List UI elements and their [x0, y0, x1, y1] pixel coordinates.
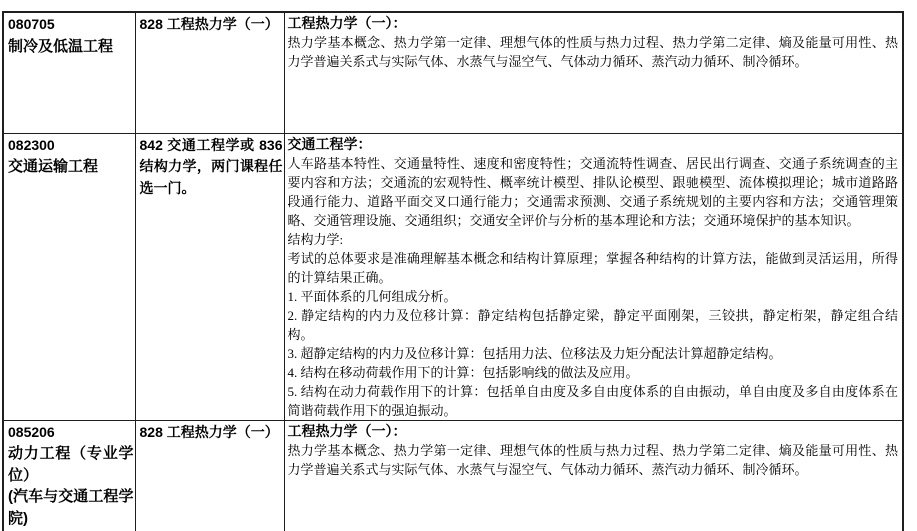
- program-name: 交通运输工程: [8, 156, 134, 178]
- syllabus-table: 080705 制冷及低温工程 828 工程热力学（一） 工程热力学（一）： 热力…: [2, 11, 904, 531]
- content-heading: 工程热力学（一）：: [288, 14, 899, 33]
- content-paragraph: 人车路基本特性、交通量特性、速度和密度特性；交通流特性调查、居民出行调查、交通子…: [288, 154, 899, 230]
- subject-text: 842 交通工程学或 836 结构力学，两门课程任选一门。: [140, 135, 283, 200]
- subject-text: 828 工程热力学（一）: [140, 14, 283, 36]
- program-cell: 080705 制冷及低温工程: [3, 12, 135, 133]
- table-row: 080705 制冷及低温工程 828 工程热力学（一） 工程热力学（一）： 热力…: [3, 12, 903, 133]
- content-cell: 工程热力学（一）： 热力学基本概念、热力学第一定律、理想气体的性质与热力过程、热…: [284, 12, 903, 133]
- subject-cell: 828 工程热力学（一）: [135, 420, 284, 531]
- content-list-item: 4. 结构在移动荷载作用下的计算：包括影响线的做法及应用。: [288, 363, 899, 382]
- subject-cell: 828 工程热力学（一）: [135, 12, 284, 133]
- program-name: 动力工程（专业学位）: [8, 443, 134, 486]
- table-row: 082300 交通运输工程 842 交通工程学或 836 结构力学，两门课程任选…: [3, 133, 903, 420]
- program-name: 制冷及低温工程: [8, 36, 134, 58]
- content-paragraph: 考试的总体要求是准确理解基本概念和结构计算原理；掌握各种结构的计算方法，能做到灵…: [288, 249, 899, 287]
- content-list-item: 3. 超静定结构的内力及位移计算：包括用力法、位移法及力矩分配法计算超静定结构。: [288, 344, 899, 363]
- program-code: 085206: [8, 422, 134, 444]
- document-page: 080705 制冷及低温工程 828 工程热力学（一） 工程热力学（一）： 热力…: [0, 0, 917, 531]
- content-cell: 交通工程学： 人车路基本特性、交通量特性、速度和密度特性；交通流特性调查、居民出…: [284, 133, 903, 420]
- content-list-item: 1. 平面体系的几何组成分析。: [288, 287, 899, 306]
- subject-cell: 842 交通工程学或 836 结构力学，两门课程任选一门。: [135, 133, 284, 420]
- subject-text: 828 工程热力学（一）: [140, 422, 283, 444]
- program-code: 082300: [8, 135, 134, 157]
- content-heading: 工程热力学（一）：: [288, 422, 899, 441]
- program-code: 080705: [8, 14, 134, 36]
- content-list-item: 5. 结构在动力荷载作用下的计算：包括单自由度及多自由度体系的自由振动，单自由度…: [288, 382, 899, 420]
- program-college: (汽车与交通工程学院): [8, 486, 134, 529]
- content-paragraph: 热力学基本概念、热力学第一定律、理想气体的性质与热力过程、热力学第二定律、熵及能…: [288, 33, 899, 71]
- content-list-item: 2. 静定结构的内力及位移计算：静定结构包括静定梁，静定平面刚架，三铰拱，静定桁…: [288, 306, 899, 344]
- content-heading: 交通工程学：: [288, 135, 899, 154]
- program-cell: 082300 交通运输工程: [3, 133, 135, 420]
- content-cell: 工程热力学（一）： 热力学基本概念、热力学第一定律、理想气体的性质与热力过程、热…: [284, 420, 903, 531]
- table-row: 085206 动力工程（专业学位） (汽车与交通工程学院) 828 工程热力学（…: [3, 420, 903, 531]
- content-paragraph: 热力学基本概念、热力学第一定律、理想气体的性质与热力过程、热力学第二定律、熵及能…: [288, 441, 899, 479]
- content-subheading: 结构力学:: [288, 230, 899, 249]
- program-cell: 085206 动力工程（专业学位） (汽车与交通工程学院): [3, 420, 135, 531]
